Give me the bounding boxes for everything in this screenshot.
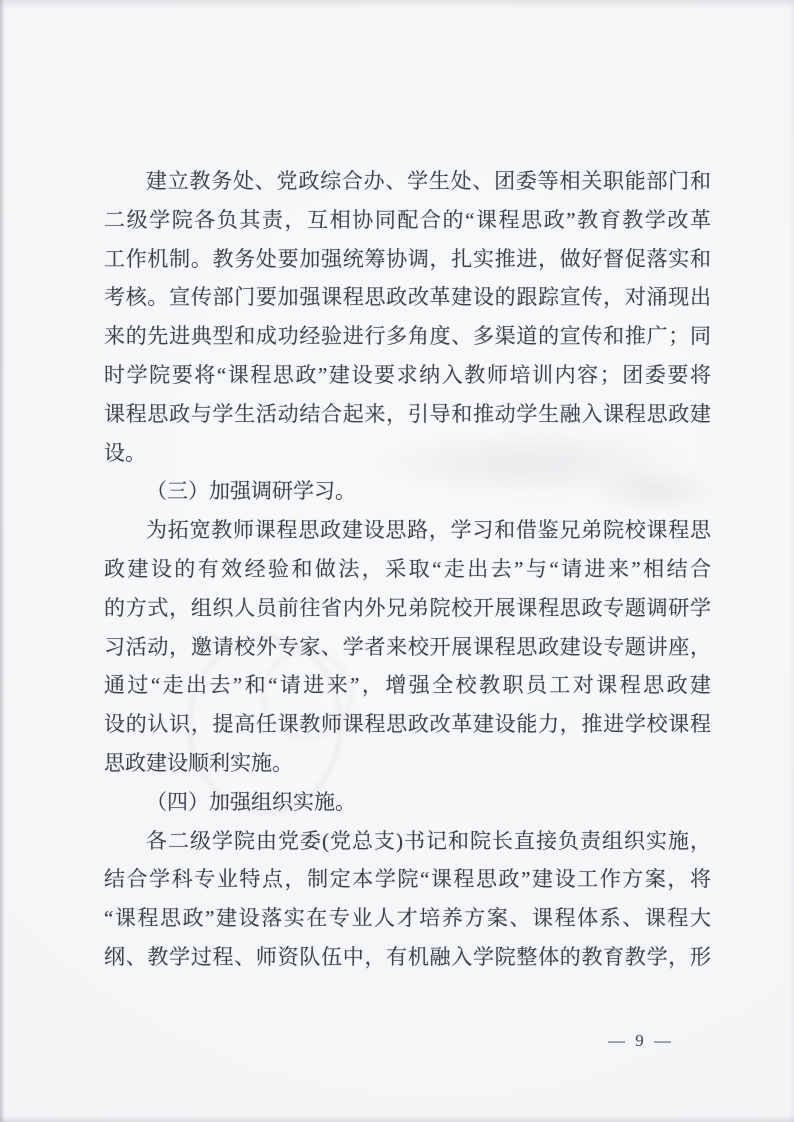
document-body: 建立教务处、党政综合办、学生处、团委等相关职能部门和 二级学院各负其责，互相协同…: [104, 162, 711, 977]
text-line: 思政建设顺利实施。: [104, 744, 711, 783]
text-line-section-heading: （四）加强组织实施。: [104, 783, 711, 822]
text-line: 为拓宽教师课程思政建设思路，学习和借鉴兄弟院校课程思: [104, 511, 711, 550]
text-line: 工作机制。教务处要加强统筹协调，扎实推进，做好督促落实和: [104, 240, 711, 279]
text-line-section-heading: （三）加强调研学习。: [104, 472, 711, 511]
text-line: 建立教务处、党政综合办、学生处、团委等相关职能部门和: [104, 162, 711, 201]
text-line: 二级学院各负其责，互相协同配合的“课程思政”教育教学改革: [104, 201, 711, 240]
scanned-document-page: 建立教务处、党政综合办、学生处、团委等相关职能部门和 二级学院各负其责，互相协同…: [0, 0, 794, 1122]
text-line: 设的认识，提高任课教师课程思政改革建设能力，推进学校课程: [104, 705, 711, 744]
text-line: 通过“走出去”和“请进来”，增强全校教职员工对课程思政建: [104, 666, 711, 705]
text-line: 来的先进典型和成功经验进行多角度、多渠道的宣传和推广；同: [104, 317, 711, 356]
text-line: 各二级学院由党委(党总支)书记和院长直接负责组织实施，: [104, 822, 711, 861]
text-line: 政建设的有效经验和做法，采取“走出去”与“请进来”相结合: [104, 550, 711, 589]
text-line: 考核。宣传部门要加强课程思政改革建设的跟踪宣传，对涌现出: [104, 278, 711, 317]
text-line: 设。: [104, 434, 711, 473]
text-line: 习活动，邀请校外专家、学者来校开展课程思政建设专题讲座，: [104, 628, 711, 667]
text-line: 课程思政与学生活动结合起来，引导和推动学生融入课程思政建: [104, 395, 711, 434]
text-line: 纲、教学过程、师资队伍中，有机融入学院整体的教育教学，形: [104, 938, 711, 977]
text-line: 的方式，组织人员前往省内外兄弟院校开展课程思政专题调研学: [104, 589, 711, 628]
text-line: 时学院要将“课程思政”建设要求纳入教师培训内容；团委要将: [104, 356, 711, 395]
text-line: 结合学科专业特点，制定本学院“课程思政”建设工作方案，将: [104, 860, 711, 899]
text-line: “课程思政”建设落实在专业人才培养方案、课程体系、课程大: [104, 899, 711, 938]
page-number: — 9 —: [608, 1031, 674, 1051]
